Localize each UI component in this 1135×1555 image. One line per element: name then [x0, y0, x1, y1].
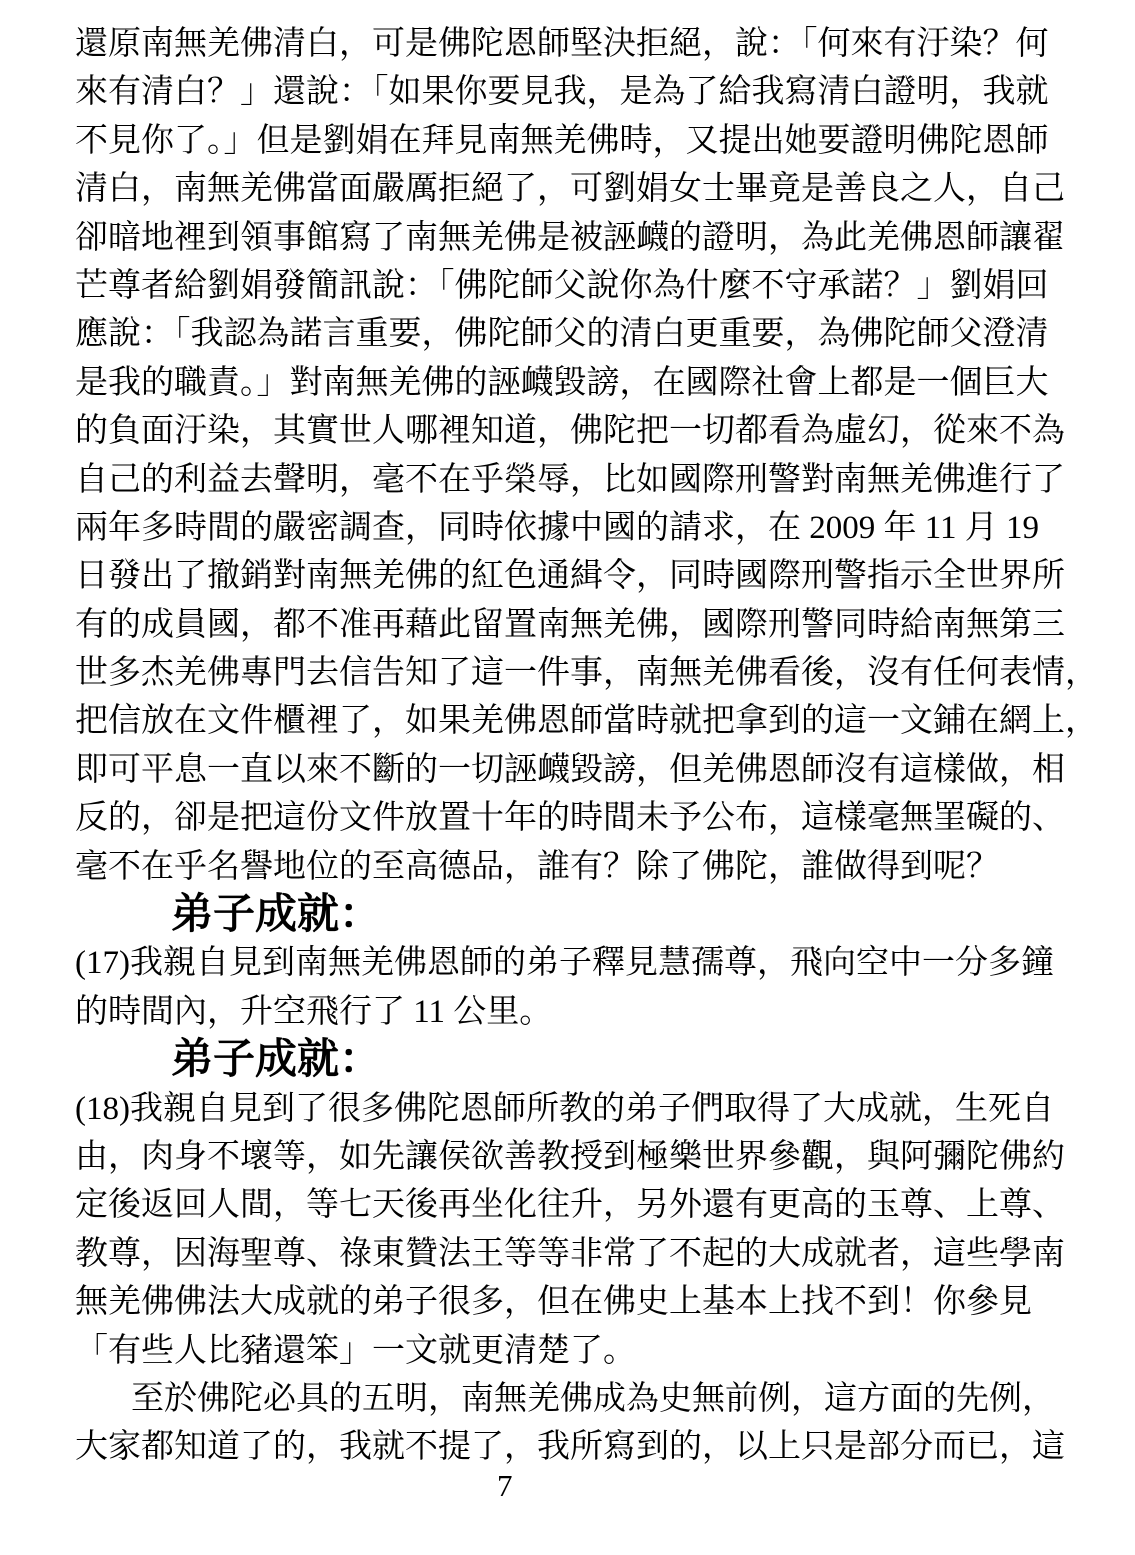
- body-line: 毫不在乎名譽地位的至高德品，誰有？除了佛陀，誰做得到呢？: [75, 843, 1069, 891]
- body-line: 還原南無羌佛清白，可是佛陀恩師堅決拒絕，說：「何來有汙染？何: [75, 20, 1069, 68]
- body-line: 有的成員國，都不准再藉此留置南無羌佛，國際刑警同時給南無第三: [75, 601, 1069, 649]
- text-column: 還原南無羌佛清白，可是佛陀恩師堅決拒絕，說：「何來有汙染？何 來有清白？」還說：…: [75, 20, 1069, 1472]
- document-page: 還原南無羌佛清白，可是佛陀恩師堅決拒絕，說：「何來有汙染？何 來有清白？」還說：…: [0, 0, 1135, 1555]
- body-line: 由，肉身不壞等，如先讓侯欲善教授到極樂世界參觀，與阿彌陀佛約: [75, 1133, 1069, 1181]
- body-line: 來有清白？」還說：「如果你要見我，是為了給我寫清白證明，我就: [75, 68, 1069, 116]
- body-line: 卻暗地裡到領事館寫了南無羌佛是被誣衊的證明，為此羌佛恩師讓翟: [75, 214, 1069, 262]
- body-line-paragraph-start: 至於佛陀必具的五明，南無羌佛成為史無前例，這方面的先例，: [75, 1375, 1069, 1423]
- body-line: 應說：「我認為諾言重要，佛陀師父的清白更重要，為佛陀師父澄清: [75, 310, 1069, 358]
- body-line: 兩年多時間的嚴密調查，同時依據中國的請求，在 2009 年 11 月 19: [75, 504, 1069, 552]
- page-number: 7: [497, 1468, 513, 1504]
- body-line: 把信放在文件櫃裡了，如果羌佛恩師當時就把拿到的這一文鋪在網上，: [75, 697, 1069, 745]
- body-line: 自己的利益去聲明，毫不在乎榮辱，比如國際刑警對南無羌佛進行了: [75, 456, 1069, 504]
- body-line: 定後返回人間，等七天後再坐化往升，另外還有更高的玉尊、上尊、: [75, 1181, 1069, 1229]
- body-line: 即可平息一直以來不斷的一切誣衊毀謗，但羌佛恩師沒有這樣做，相: [75, 746, 1069, 794]
- body-line: 日發出了撤銷對南無羌佛的紅色通緝令，同時國際刑警指示全世界所: [75, 552, 1069, 600]
- body-line: 清白，南無羌佛當面嚴厲拒絕了，可劉娟女士畢竟是善良之人，自己: [75, 165, 1069, 213]
- body-line: 無羌佛佛法大成就的弟子很多，但在佛史上基本上找不到！你參見: [75, 1278, 1069, 1326]
- body-line: (18)我親自見到了很多佛陀恩師所教的弟子們取得了大成就，生死自: [75, 1085, 1069, 1133]
- section-heading-disciple-accomplishment: 弟子成就：: [75, 891, 1069, 939]
- body-line: 「有些人比豬還笨」一文就更清楚了。: [75, 1327, 1069, 1375]
- body-line: 是我的職責。」對南無羌佛的誣衊毀謗，在國際社會上都是一個巨大: [75, 359, 1069, 407]
- body-line: 大家都知道了的，我就不提了，我所寫到的，以上只是部分而已，這: [75, 1423, 1069, 1471]
- body-line: 不見你了。」但是劉娟在拜見南無羌佛時，又提出她要證明佛陀恩師: [75, 117, 1069, 165]
- body-line: (17)我親自見到南無羌佛恩師的弟子釋見慧孺尊，飛向空中一分多鐘: [75, 939, 1069, 987]
- section-heading-disciple-accomplishment: 弟子成就：: [75, 1036, 1069, 1084]
- body-line: 的負面汙染，其實世人哪裡知道，佛陀把一切都看為虛幻，從來不為: [75, 407, 1069, 455]
- body-line: 芒尊者給劉娟發簡訊說：「佛陀師父說你為什麼不守承諾？」劉娟回: [75, 262, 1069, 310]
- body-line: 世多杰羌佛專門去信告知了這一件事，南無羌佛看後，沒有任何表情，: [75, 649, 1069, 697]
- body-line: 反的，卻是把這份文件放置十年的時間未予公布，這樣毫無罣礙的、: [75, 794, 1069, 842]
- body-line: 教尊，因海聖尊、祿東贊法王等等非常了不起的大成就者，這些學南: [75, 1230, 1069, 1278]
- body-line: 的時間內，升空飛行了 11 公里。: [75, 988, 1069, 1036]
